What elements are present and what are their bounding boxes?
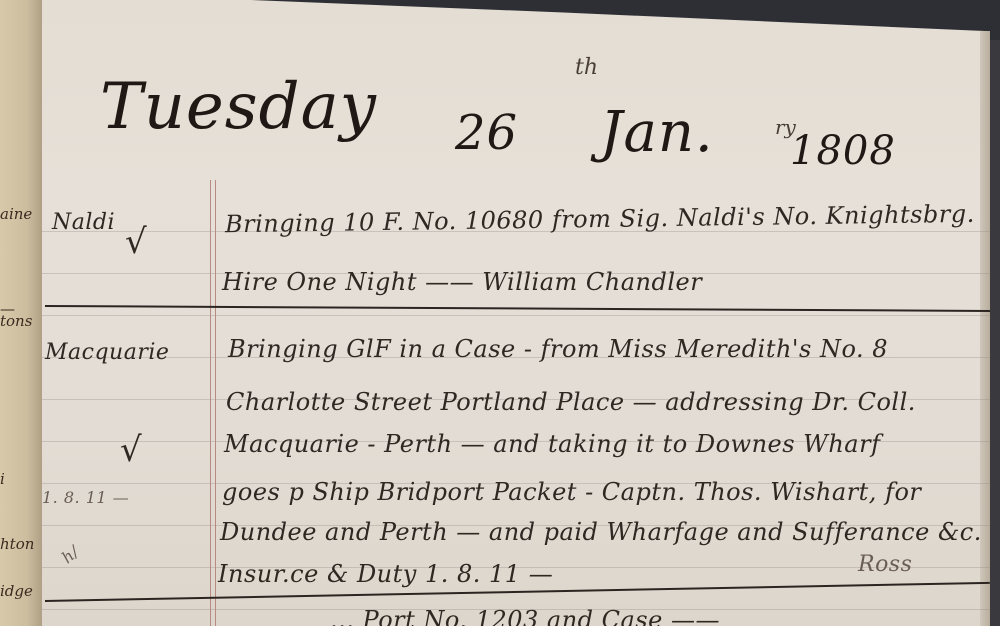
- heading-day: 26: [455, 105, 518, 161]
- entry-line: Dundee and Perth — and paid Wharfage and…: [220, 518, 982, 546]
- entry-line: Insur.ce & Duty 1. 8. 11 —: [218, 560, 553, 588]
- entry-line: ... Port No. 1203 and Case ——: [330, 606, 720, 626]
- left-facing-page: aine — tons i hton idge: [0, 0, 45, 626]
- left-page-fragment: hton: [0, 535, 34, 553]
- left-page-fragment: idge: [0, 582, 33, 600]
- margin-rule-red: [215, 180, 216, 626]
- entry-margin-name: Macquarie: [45, 340, 169, 365]
- check-mark-icon: √: [120, 430, 142, 470]
- entry-line: Macquarie - Perth — and taking it to Dow…: [224, 430, 880, 458]
- check-mark-icon: √: [125, 222, 147, 262]
- entry-line: Hire One Night —— William Chandler: [222, 268, 702, 296]
- entry-line: goes p Ship Bridport Packet - Captn. Tho…: [222, 478, 921, 506]
- heading-month: Jan.: [600, 100, 714, 165]
- margin-rule-red: [210, 180, 211, 626]
- entry-line: Bringing GlF in a Case - from Miss Mered…: [228, 335, 888, 363]
- entry-margin-name: Naldi: [52, 210, 115, 235]
- heading-year: 1808: [790, 128, 896, 174]
- entry-signature: Ross: [858, 552, 912, 577]
- left-page-fragment: tons: [0, 312, 32, 330]
- left-page-fragment: aine: [0, 205, 32, 223]
- heading-weekday: Tuesday: [100, 70, 377, 144]
- heading-day-suffix: th: [575, 55, 598, 80]
- entry-line: Charlotte Street Portland Place — addres…: [226, 388, 916, 416]
- margin-amount: 1. 8. 11 —: [42, 488, 129, 507]
- left-page-fragment: i: [0, 470, 5, 488]
